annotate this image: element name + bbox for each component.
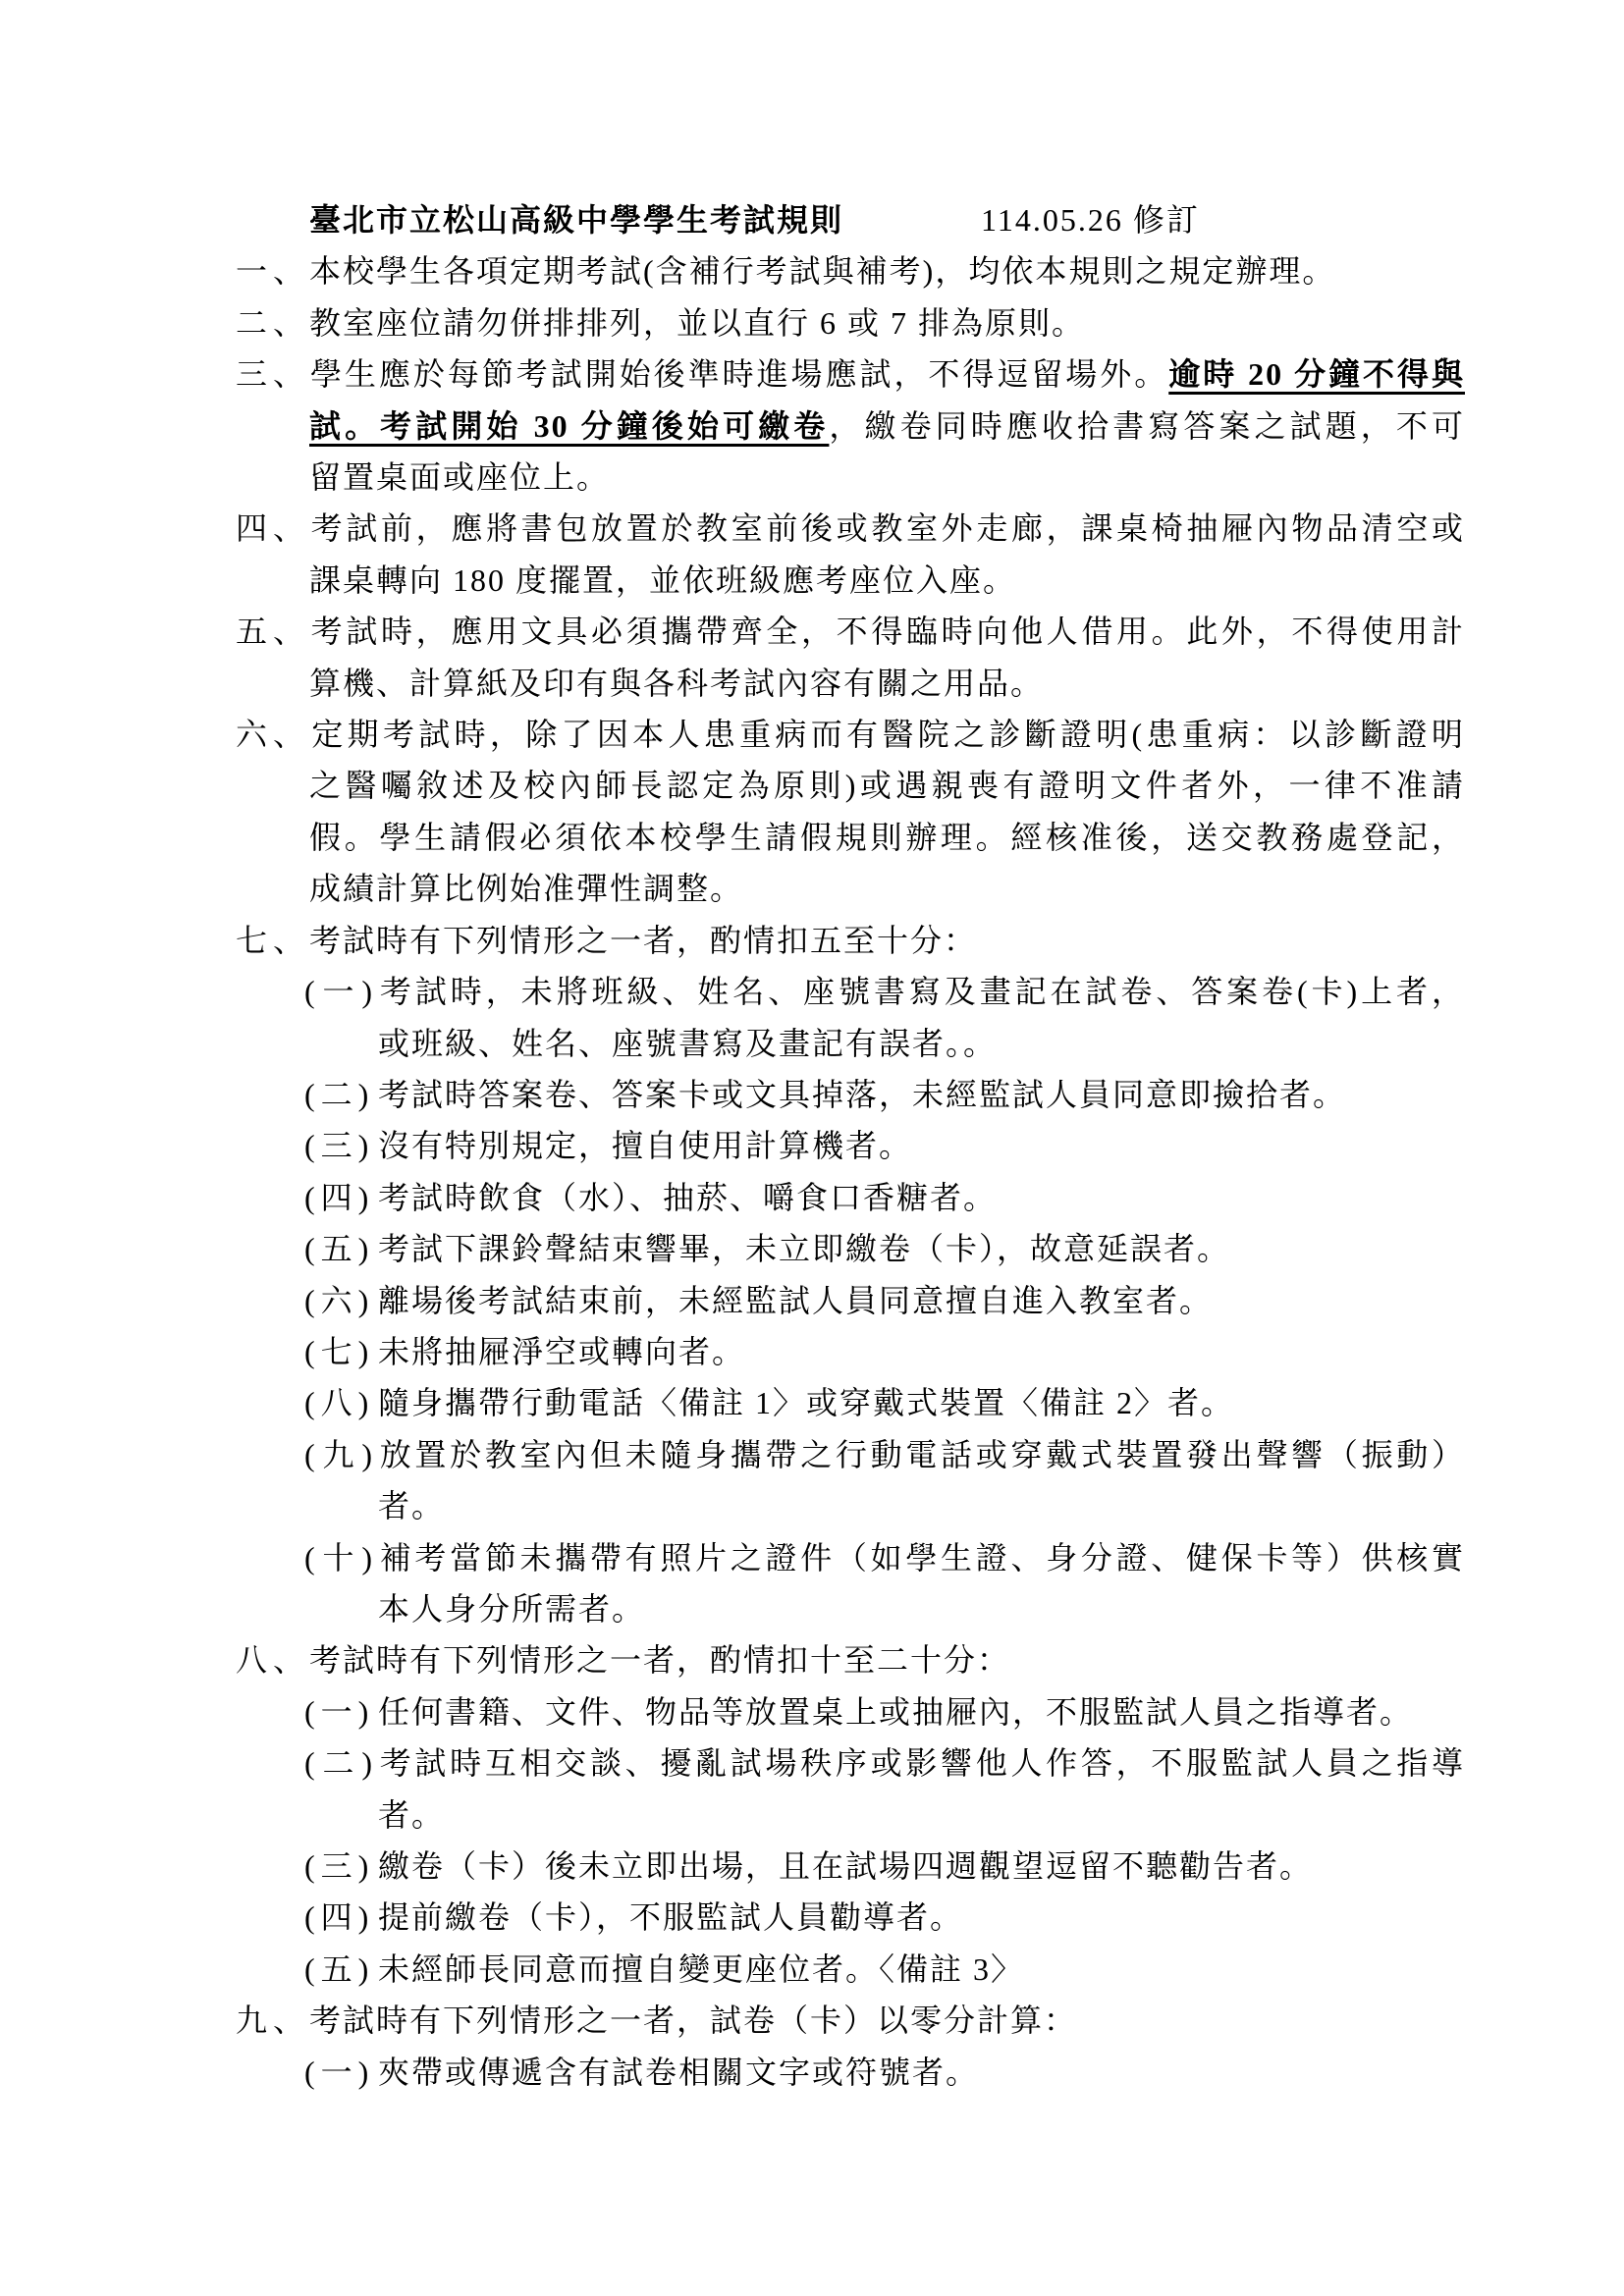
rule-line: (八)隨身攜帶行動電話〈備註 1〉或穿戴式裝置〈備註 2〉者。: [304, 1377, 1465, 1428]
rule-line: 四、考試前，應將書包放置於教室前後或教室外走廊，課桌椅抽屜內物品清空或: [236, 503, 1465, 554]
item-number: (三): [304, 1120, 378, 1171]
rule-text-segment: 繳卷（卡）後未立即出場，且在試場四週觀望逗留不聽勸告者。: [378, 1848, 1313, 1884]
rule-line: 留置桌面或座位上。: [309, 452, 1465, 503]
rule-item: (一)夾帶或傳遞含有試卷相關文字或符號者。: [304, 2047, 1465, 2098]
rule-line: 二、教室座位請勿併排排列，並以直行 6 或 7 排為原則。: [236, 297, 1465, 348]
item-number: (一): [304, 966, 378, 1017]
item-number: (五): [304, 1223, 378, 1274]
item-number: 一、: [236, 245, 309, 296]
rule-text-segment: 課桌轉向 180 度擺置，並依班級應考座位入座。: [309, 562, 1016, 598]
rule-text-segment: 本人身分所需者。: [378, 1591, 645, 1627]
rule-line: 假。學生請假必須依本校學生請假規則辦理。經核准後，送交教務處登記，: [309, 812, 1465, 863]
rule-text-segment: 成績計算比例始准彈性調整。: [309, 871, 743, 906]
item-number: 三、: [236, 348, 309, 400]
rule-text-segment: 考試時答案卷、答案卡或文具掉落，未經監試人員同意即撿拾者。: [378, 1077, 1346, 1112]
rule-text-segment: 提前繳卷（卡），不服監試人員勸導者。: [378, 1899, 963, 1935]
rule-item: 三、學生應於每節考試開始後準時進場應試，不得逗留場外。逾時 20 分鐘不得與試。…: [236, 348, 1465, 503]
rule-line: (九)放置於教室內但未隨身攜帶之行動電話或穿戴式裝置發出聲響（振動）: [304, 1429, 1465, 1480]
rule-text-segment: 考試時有下列情形之一者，酌情扣十至二十分：: [309, 1642, 1010, 1678]
rule-line: (一)夾帶或傳遞含有試卷相關文字或符號者。: [304, 2047, 1465, 2098]
rule-text-segment: ，繳卷同時應收拾書寫答案之試題，不可: [829, 408, 1465, 444]
rule-item: (八)隨身攜帶行動電話〈備註 1〉或穿戴式裝置〈備註 2〉者。: [304, 1377, 1465, 1428]
rule-text-segment: 考試時飲食（水）、抽菸、嚼食口香糖者。: [378, 1180, 997, 1215]
item-number: (一): [304, 2047, 378, 2098]
rule-line: (十)補考當節未攜帶有照片之證件（如學生證、身分證、健保卡等）供核實: [304, 1532, 1465, 1583]
rule-line: 一、本校學生各項定期考試(含補行考試與補考)，均依本規則之規定辦理。: [236, 245, 1465, 296]
document-header: 臺北市立松山高級中學學生考試規則114.05.26 修訂: [309, 194, 1624, 245]
rule-line: 之醫囑敘述及校內師長認定為原則)或遇親喪有證明文件者外，一律不准請: [309, 760, 1465, 811]
document-page: 臺北市立松山高級中學學生考試規則114.05.26 修訂 一、本校學生各項定期考…: [0, 0, 1624, 2296]
item-number: (三): [304, 1841, 378, 1892]
rule-item: (三)繳卷（卡）後未立即出場，且在試場四週觀望逗留不聽勸告者。: [304, 1841, 1465, 1892]
item-number: (四): [304, 1172, 378, 1223]
rule-text-segment: 夾帶或傳遞含有試卷相關文字或符號者。: [378, 2055, 979, 2090]
rule-text-segment: 學生應於每節考試開始後準時進場應試，不得逗留場外。: [309, 356, 1168, 392]
rule-item: (九)放置於教室內但未隨身攜帶之行動電話或穿戴式裝置發出聲響（振動）者。: [304, 1429, 1465, 1532]
item-number: 五、: [236, 606, 309, 657]
rule-line: (四)提前繳卷（卡），不服監試人員勸導者。: [304, 1892, 1465, 1943]
item-number: (二): [304, 1069, 378, 1120]
rule-text-segment: 或班級、姓名、座號書寫及畫記有誤者。。: [378, 1026, 997, 1061]
rule-line: (三)沒有特別規定，擅自使用計算機者。: [304, 1120, 1465, 1171]
rule-text-segment: 補考當節未攜帶有照片之證件（如學生證、身分證、健保卡等）供核實: [378, 1540, 1465, 1575]
rule-line: 或班級、姓名、座號書寫及畫記有誤者。。: [378, 1018, 1465, 1069]
rule-line: 八、考試時有下列情形之一者，酌情扣十至二十分：: [236, 1634, 1465, 1685]
rule-text-segment: 考試時有下列情形之一者，試卷（卡）以零分計算：: [309, 2002, 1077, 2038]
rule-line: (七)未將抽屜淨空或轉向者。: [304, 1326, 1465, 1377]
item-number: (四): [304, 1892, 378, 1943]
rule-item: (四)提前繳卷（卡），不服監試人員勸導者。: [304, 1892, 1465, 1943]
rule-line: 者。: [378, 1789, 1465, 1841]
item-number: (五): [304, 1944, 378, 1995]
rule-text-segment: 教室座位請勿併排排列，並以直行 6 或 7 排為原則。: [309, 305, 1085, 341]
emphasized-text: 試。考試開始 30 分鐘後始可繳卷: [309, 408, 829, 444]
rule-item: 六、定期考試時，除了因本人患重病而有醫院之診斷證明(患重病：以診斷證明之醫囑敘述…: [236, 709, 1465, 915]
rule-text-segment: 留置桌面或座位上。: [309, 459, 610, 495]
emphasized-text: 逾時 20 分鐘不得與: [1168, 356, 1465, 392]
rule-text-segment: 考試時有下列情形之一者，酌情扣五至十分：: [309, 923, 977, 958]
rule-item: (二)考試時答案卷、答案卡或文具掉落，未經監試人員同意即撿拾者。: [304, 1069, 1465, 1120]
rule-line: (四)考試時飲食（水）、抽菸、嚼食口香糖者。: [304, 1172, 1465, 1223]
rule-item: (六)離場後考試結束前，未經監試人員同意擅自進入教室者。: [304, 1275, 1465, 1326]
rule-text-segment: 本校學生各項定期考試(含補行考試與補考)，均依本規則之規定辦理。: [309, 253, 1335, 289]
item-number: 四、: [236, 503, 309, 554]
rule-text-segment: 沒有特別規定，擅自使用計算機者。: [378, 1128, 912, 1163]
rule-line: 課桌轉向 180 度擺置，並依班級應考座位入座。: [309, 555, 1465, 606]
rule-item: (三)沒有特別規定，擅自使用計算機者。: [304, 1120, 1465, 1171]
rule-item: 九、考試時有下列情形之一者，試卷（卡）以零分計算：: [236, 1995, 1465, 2046]
item-number: 九、: [236, 1995, 309, 2046]
rule-line: (二)考試時互相交談、擾亂試場秩序或影響他人作答，不服監試人員之指導: [304, 1737, 1465, 1789]
rule-text-segment: 定期考試時，除了因本人患重病而有醫院之診斷證明(患重病：以診斷證明: [309, 717, 1465, 752]
rule-item: 八、考試時有下列情形之一者，酌情扣十至二十分：: [236, 1634, 1465, 1685]
rule-line: 算機、計算紙及印有與各科考試內容有關之用品。: [309, 658, 1465, 709]
rule-text-segment: 未經師長同意而擅自變更座位者。〈備註 3〉: [378, 1951, 1024, 1987]
rule-item: (一)任何書籍、文件、物品等放置桌上或抽屜內，不服監試人員之指導者。: [304, 1686, 1465, 1737]
rule-line: 五、考試時，應用文具必須攜帶齊全，不得臨時向他人借用。此外，不得使用計: [236, 606, 1465, 657]
item-number: 二、: [236, 297, 309, 348]
rule-item: 二、教室座位請勿併排排列，並以直行 6 或 7 排為原則。: [236, 297, 1465, 348]
rule-item: (二)考試時互相交談、擾亂試場秩序或影響他人作答，不服監試人員之指導者。: [304, 1737, 1465, 1841]
rule-text-segment: 者。: [378, 1797, 445, 1833]
rule-item: 四、考試前，應將書包放置於教室前後或教室外走廊，課桌椅抽屜內物品清空或課桌轉向 …: [236, 503, 1465, 606]
revision-date: 114.05.26 修訂: [981, 202, 1200, 238]
rule-text-segment: 隨身攜帶行動電話〈備註 1〉或穿戴式裝置〈備註 2〉者。: [378, 1385, 1234, 1420]
rule-text-segment: 放置於教室內但未隨身攜帶之行動電話或穿戴式裝置發出聲響（振動）: [378, 1437, 1465, 1472]
rule-text-segment: 者。: [378, 1488, 445, 1523]
rule-item: (五)未經師長同意而擅自變更座位者。〈備註 3〉: [304, 1944, 1465, 1995]
rule-text-segment: 任何書籍、文件、物品等放置桌上或抽屜內，不服監試人員之指導者。: [378, 1694, 1413, 1730]
rule-line: (二)考試時答案卷、答案卡或文具掉落，未經監試人員同意即撿拾者。: [304, 1069, 1465, 1120]
rule-item: 五、考試時，應用文具必須攜帶齊全，不得臨時向他人借用。此外，不得使用計算機、計算…: [236, 606, 1465, 709]
item-number: (六): [304, 1275, 378, 1326]
rule-line: 七、考試時有下列情形之一者，酌情扣五至十分：: [236, 915, 1465, 966]
rule-text-segment: 考試時，未將班級、姓名、座號書寫及畫記在試卷、答案卷(卡)上者，: [378, 974, 1465, 1009]
rule-text-segment: 考試時，應用文具必須攜帶齊全，不得臨時向他人借用。此外，不得使用計: [309, 614, 1465, 649]
rule-line: (五)未經師長同意而擅自變更座位者。〈備註 3〉: [304, 1944, 1465, 1995]
item-number: (一): [304, 1686, 378, 1737]
rule-item: (十)補考當節未攜帶有照片之證件（如學生證、身分證、健保卡等）供核實本人身分所需…: [304, 1532, 1465, 1635]
rule-line: 三、學生應於每節考試開始後準時進場應試，不得逗留場外。逾時 20 分鐘不得與: [236, 348, 1465, 400]
rule-text-segment: 離場後考試結束前，未經監試人員同意擅自進入教室者。: [378, 1283, 1213, 1318]
rule-item: 一、本校學生各項定期考試(含補行考試與補考)，均依本規則之規定辦理。: [236, 245, 1465, 296]
rule-text-segment: 假。學生請假必須依本校學生請假規則辦理。經核准後，送交教務處登記，: [309, 820, 1465, 855]
rule-line: (一)考試時，未將班級、姓名、座號書寫及畫記在試卷、答案卷(卡)上者，: [304, 966, 1465, 1017]
item-number: (七): [304, 1326, 378, 1377]
rule-line: 試。考試開始 30 分鐘後始可繳卷，繳卷同時應收拾書寫答案之試題，不可: [309, 400, 1465, 452]
document-title: 臺北市立松山高級中學學生考試規則: [309, 202, 843, 238]
rule-item: 七、考試時有下列情形之一者，酌情扣五至十分：: [236, 915, 1465, 966]
item-number: (十): [304, 1532, 378, 1583]
rule-line: (五)考試下課鈴聲結束響畢，未立即繳卷（卡），故意延誤者。: [304, 1223, 1465, 1274]
rule-line: 九、考試時有下列情形之一者，試卷（卡）以零分計算：: [236, 1995, 1465, 2046]
rule-line: 本人身分所需者。: [378, 1583, 1465, 1634]
rule-text-segment: 未將抽屜淨空或轉向者。: [378, 1334, 745, 1369]
item-number: (二): [304, 1737, 378, 1789]
rule-text-segment: 考試下課鈴聲結束響畢，未立即繳卷（卡），故意延誤者。: [378, 1231, 1230, 1266]
rule-line: (三)繳卷（卡）後未立即出場，且在試場四週觀望逗留不聽勸告者。: [304, 1841, 1465, 1892]
rule-line: 成績計算比例始准彈性調整。: [309, 863, 1465, 914]
rule-line: (六)離場後考試結束前，未經監試人員同意擅自進入教室者。: [304, 1275, 1465, 1326]
rule-line: (一)任何書籍、文件、物品等放置桌上或抽屜內，不服監試人員之指導者。: [304, 1686, 1465, 1737]
item-number: (八): [304, 1377, 378, 1428]
item-number: 七、: [236, 915, 309, 966]
item-number: (九): [304, 1429, 378, 1480]
rule-line: 六、定期考試時，除了因本人患重病而有醫院之診斷證明(患重病：以診斷證明: [236, 709, 1465, 760]
item-number: 六、: [236, 709, 309, 760]
rule-text-segment: 考試時互相交談、擾亂試場秩序或影響他人作答，不服監試人員之指導: [378, 1745, 1465, 1781]
rule-item: (一)考試時，未將班級、姓名、座號書寫及畫記在試卷、答案卷(卡)上者，或班級、姓…: [304, 966, 1465, 1069]
item-number: 八、: [236, 1634, 309, 1685]
rule-item: (四)考試時飲食（水）、抽菸、嚼食口香糖者。: [304, 1172, 1465, 1223]
rule-text-segment: 考試前，應將書包放置於教室前後或教室外走廊，課桌椅抽屜內物品清空或: [309, 510, 1465, 546]
rule-line: 者。: [378, 1480, 1465, 1531]
rules-list: 一、本校學生各項定期考試(含補行考試與補考)，均依本規則之規定辦理。二、教室座位…: [236, 245, 1465, 2098]
rule-item: (七)未將抽屜淨空或轉向者。: [304, 1326, 1465, 1377]
rule-text-segment: 之醫囑敘述及校內師長認定為原則)或遇親喪有證明文件者外，一律不准請: [309, 768, 1465, 803]
rule-item: (五)考試下課鈴聲結束響畢，未立即繳卷（卡），故意延誤者。: [304, 1223, 1465, 1274]
rule-text-segment: 算機、計算紙及印有與各科考試內容有關之用品。: [309, 666, 1044, 701]
